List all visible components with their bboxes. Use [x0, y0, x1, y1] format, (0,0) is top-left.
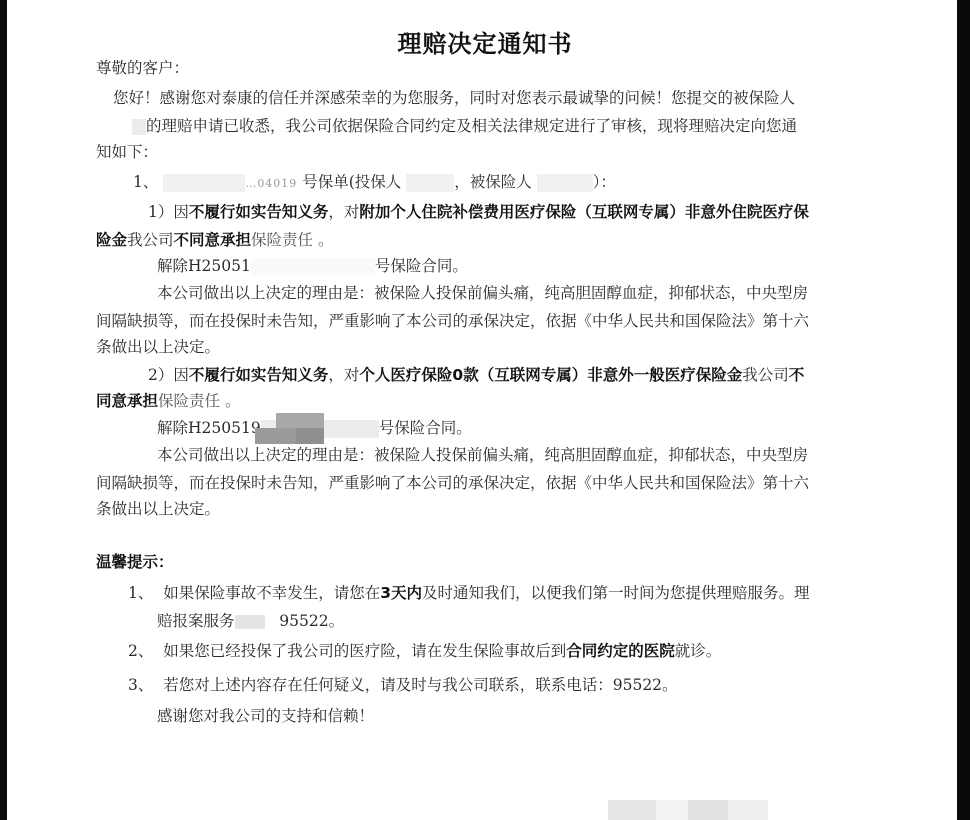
decision-2-reason: 不履行如实告知义务 — [189, 366, 329, 384]
redaction-mosaic-3 — [255, 428, 296, 444]
decision-1-line-1: 1）因不履行如实告知义务，对附加个人住院补偿费用医疗保险（互联网专属）非意外住院… — [148, 202, 809, 222]
tip-1-text-b: 及时通知我们，以便我们第一时间为您提供理赔服务。理 — [422, 584, 810, 602]
decision-1-index: 1） — [148, 203, 173, 221]
tip-2-bold: 合同约定的医院 — [566, 642, 675, 660]
tip-1-line-1: 1、 如果保险事故不幸发生，请您在3天内及时通知我们，以便我们第一时间为您提供理… — [128, 583, 810, 603]
policy-number-partial: …04019 — [245, 177, 297, 190]
redacted-applicant-name — [406, 174, 454, 192]
intro-line-1: 您好！感谢您对泰康的信任并深感荣幸的为您服务，同时对您表示最诚挚的问候！您提交的… — [113, 88, 795, 108]
decision-1-rationale-1: 本公司做出以上决定的理由是：被保险人投保前偏头痛，纯高胆固醇血症，抑郁状态，中央… — [157, 283, 808, 303]
decision-2-termination-suffix: 号保险合同。 — [379, 419, 472, 437]
decision-1-line-2: 险金我公司不同意承担保险责任 。 — [96, 230, 333, 250]
decision-1-reason: 不履行如实告知义务 — [189, 203, 329, 221]
decision-1-termination-prefix: 解除H25051 — [157, 257, 251, 275]
tip-1-line-2: 赔报案服务 95522。 — [157, 611, 344, 631]
decision-2-rationale-3: 条做出以上决定。 — [96, 499, 220, 519]
policy-suffix: ）： — [593, 173, 616, 191]
decision-1-mid: ，对 — [328, 203, 359, 221]
decision-2-rationale-1: 本公司做出以上决定的理由是：被保险人投保前偏头痛，纯高胆固醇血症，抑郁状态，中央… — [157, 445, 808, 465]
decision-2-decision-a: 不 — [789, 366, 805, 384]
decision-1-termination-suffix: 号保险合同。 — [375, 257, 468, 275]
tip-1-bold: 3天内 — [380, 584, 422, 602]
decision-1-termination: 解除H25051号保险合同。 — [157, 256, 468, 276]
tip-3-index: 3、 — [128, 676, 153, 694]
decision-1-prefix: 因 — [173, 203, 189, 221]
tip-1-phone: 95522。 — [279, 612, 344, 630]
closing-text: 感谢您对我公司的支持和信赖！ — [157, 706, 374, 726]
tips-heading: 温馨提示： — [96, 552, 174, 572]
tip-2-text-a: 如果您已经投保了我公司的医疗险，请在发生保险事故后到 — [163, 642, 566, 660]
decision-1-product: 附加个人住院补偿费用医疗保险（互联网专属）非意外住院医疗保 — [359, 203, 809, 221]
decision-2-termination-prefix: 解除H250519 — [157, 419, 261, 437]
intro-line-2-text: 的理赔申请已收悉，我公司依据保险合同约定及相关法律规定进行了审核，现将理赔决定向… — [146, 117, 797, 135]
decision-2-prefix: 因 — [173, 366, 189, 384]
redacted-policy-number — [163, 174, 245, 192]
decision-1-company: 我公司 — [127, 231, 174, 249]
decision-2-line-2: 同意承担保险责任 。 — [96, 391, 240, 411]
decision-2-decision-b: 同意承担 — [96, 392, 158, 410]
redacted-insured-name-2 — [537, 174, 593, 192]
decision-1-rationale-3: 条做出以上决定。 — [96, 337, 220, 357]
decision-1-product-cont: 险金 — [96, 231, 127, 249]
policy-label: 号保单(投保人 — [302, 173, 401, 191]
decision-2-line-1: 2）因不履行如实告知义务，对个人医疗保险0款（互联网专属）非意外一般医疗保险金我… — [148, 365, 804, 385]
tip-2-text-b: 就诊。 — [675, 642, 722, 660]
tip-3-text: 若您对上述内容存在任何疑义，请及时与我公司联系，联系电话：95522。 — [163, 676, 677, 694]
document-title: 理赔决定通知书 — [0, 24, 970, 59]
redaction-mosaic-2 — [296, 428, 324, 444]
tip-1-text-a: 如果保险事故不幸发生，请您在 — [163, 584, 380, 602]
redacted-insured-name — [132, 119, 146, 135]
policy-index: 1、 — [133, 173, 158, 191]
decision-1-decision: 不同意承担 — [174, 231, 252, 249]
tip-2: 2、 如果您已经投保了我公司的医疗险，请在发生保险事故后到合同约定的医院就诊。 — [128, 641, 721, 661]
tip-1-index: 1、 — [128, 584, 153, 602]
redacted-signature-mosaic — [608, 800, 768, 820]
intro-line-3: 知如下： — [96, 142, 158, 162]
intro-line-2: 的理赔申请已收悉，我公司依据保险合同约定及相关法律规定进行了审核，现将理赔决定向… — [132, 116, 797, 136]
insured-label: ，被保险人 — [454, 173, 532, 191]
tip-3: 3、 若您对上述内容存在任何疑义，请及时与我公司联系，联系电话：95522。 — [128, 675, 678, 695]
redacted-contract-number-1 — [251, 258, 375, 276]
tip-1-line2-a: 赔报案服务 — [157, 612, 235, 630]
policy-line: 1、 …04019 号保单(投保人 ，被保险人 ）： — [133, 172, 616, 194]
decision-1-liability: 保险责任 。 — [251, 231, 333, 249]
decision-2-company: 我公司 — [742, 366, 789, 384]
greeting: 尊敬的客户： — [96, 58, 189, 78]
redacted-service-label — [235, 615, 265, 629]
decision-2-index: 2） — [148, 366, 173, 384]
decision-1-rationale-2: 间隔缺损等，而在投保时未告知，严重影响了本公司的承保决定，依据《中华人民共和国保… — [96, 311, 809, 331]
tip-2-index: 2、 — [128, 642, 153, 660]
decision-2-mid: ，对 — [328, 366, 359, 384]
decision-2-rationale-2: 间隔缺损等，而在投保时未告知，严重影响了本公司的承保决定，依据《中华人民共和国保… — [96, 473, 809, 493]
decision-2-product: 个人医疗保险0款（互联网专属）非意外一般医疗保险金 — [359, 366, 742, 384]
decision-2-liability: 保险责任 。 — [158, 392, 240, 410]
